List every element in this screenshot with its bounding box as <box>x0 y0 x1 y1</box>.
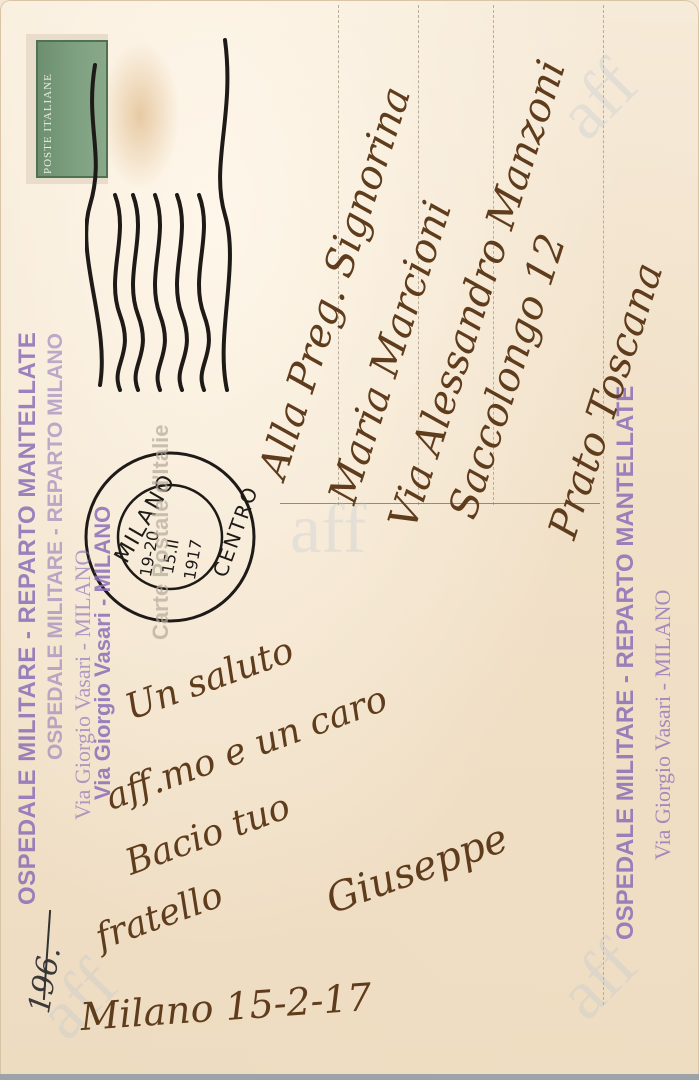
address-line: Prato Toscana <box>540 257 672 544</box>
hospital-address-left-bold: Via Giorgio Vasari - MILANO <box>90 506 116 800</box>
printed-postcard-text: Carte Postale d'Italie <box>148 424 174 640</box>
message-line: Un saluto <box>120 630 299 729</box>
message-line: fratello <box>90 875 229 959</box>
address-guide-line <box>603 5 604 1005</box>
card-edge <box>0 1074 699 1080</box>
stamp-text: POSTE ITALIANE <box>42 73 54 174</box>
hospital-stamp-right: OSPEDALE MILITARE - REPARTO MANTELLATE <box>612 386 640 940</box>
signature: Giuseppe <box>320 815 514 923</box>
cancellation-wave-lines <box>85 35 245 395</box>
hospital-address-right: Via Giorgio Vasari - MILANO <box>650 590 676 860</box>
dateline: Milano 15-2-17 <box>79 975 373 1039</box>
postcard-back: aff aff aff aff POSTE ITALIANE MILANO CE… <box>0 0 699 1080</box>
hospital-stamp-left-duplicate: OSPEDALE MILITARE - REPARTO MILANO <box>44 333 68 760</box>
hospital-stamp-left: OSPEDALE MILITARE - REPARTO MANTELLATE <box>14 332 42 905</box>
watermark: aff <box>543 925 654 1036</box>
